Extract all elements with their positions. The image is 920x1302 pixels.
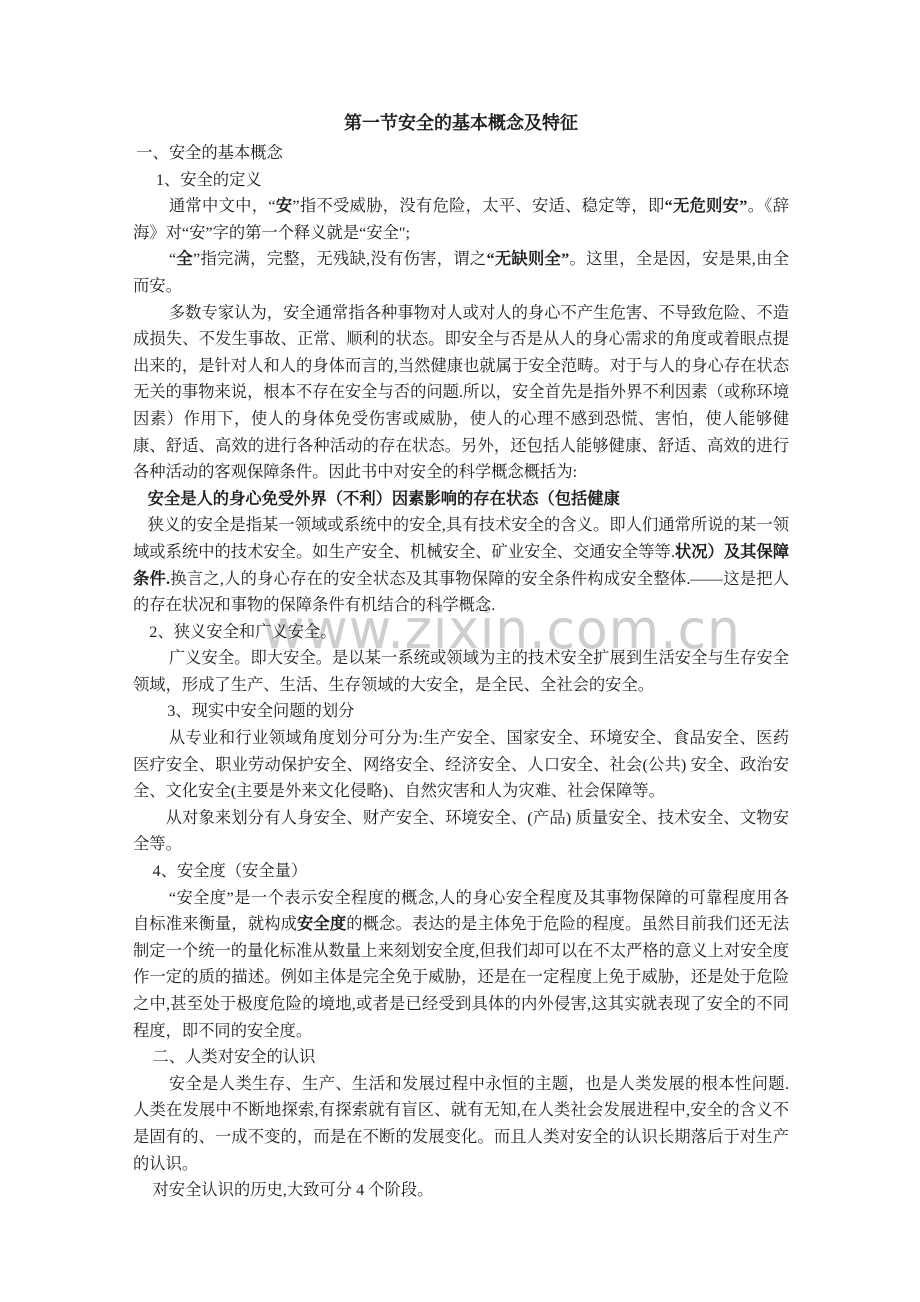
paragraph: 广义安全。即大安全。是以某一系统或领域为主的技术安全扩展到生活安全与生存安全领域…: [133, 645, 789, 698]
paragraph: 对安全认识的历史,大致可分 4 个阶段。: [133, 1177, 789, 1204]
text-run: 二、人类对安全的认识: [153, 1047, 316, 1066]
paragraph: “全”指完满，完整，无残缺,没有伤害，谓之“无缺则全”。这里，全是因，安是果,由…: [133, 246, 789, 299]
paragraph: 通常中文中，“安”指不受威胁，没有危险，太平、安适、稳定等，即“无危则安”。《辞…: [133, 193, 789, 246]
paragraph: 3、现实中安全问题的划分: [133, 698, 789, 725]
document-title: 第一节安全的基本概念及特征: [133, 109, 789, 137]
text-run: 安全是人类生存、生产、生活和发展过程中永恒的主题，也是人类发展的根本性问题.人类…: [133, 1074, 789, 1173]
text-run: ”指不受威胁，没有危险，太平、安适、稳定等，即: [292, 196, 664, 215]
paragraph: 1、安全的定义: [133, 167, 789, 194]
paragraph: 2、狭义安全和广义安全。: [133, 619, 789, 646]
text-run: 多数专家认为，安全通常指各种事物对人或对人的身心不产生危害、不导致危险、不造成损…: [133, 303, 789, 482]
paragraph: 多数专家认为，安全通常指各种事物对人或对人的身心不产生危害、不导致危险、不造成损…: [133, 300, 789, 486]
text-run: 对安全认识的历史,大致可分 4 个阶段。: [153, 1180, 434, 1199]
text-run: 4、安全度（安全量）: [153, 861, 308, 880]
text-run-bold: “无缺则全”: [486, 249, 569, 268]
text-run: “: [169, 249, 176, 268]
text-run: 一、安全的基本概念: [136, 143, 283, 162]
text-run-bold: 安全是人的身心免受外界（不利）因素影响的存在状态（包括健康: [148, 489, 620, 508]
document-page: www.zixin.com.cn 第一节安全的基本概念及特征 一、安全的基本概念…: [0, 0, 920, 1302]
text-run: 3、现实中安全问题的划分: [167, 701, 354, 720]
document-content: 第一节安全的基本概念及特征 一、安全的基本概念1、安全的定义通常中文中，“安”指…: [133, 109, 789, 1204]
paragraph: 一、安全的基本概念: [133, 140, 789, 167]
paragraph: 安全是人类生存、生产、生活和发展过程中永恒的主题，也是人类发展的根本性问题.人类…: [133, 1071, 789, 1177]
text-run: 通常中文中，“: [169, 196, 276, 215]
text-run-bold: “无危则安”: [665, 196, 748, 215]
text-run: 换言之,人的身心存在的安全状态及其事物保障的安全条件构成安全整体.——这是把人的…: [133, 569, 789, 615]
document-body: 一、安全的基本概念1、安全的定义通常中文中，“安”指不受威胁，没有危险，太平、安…: [133, 140, 789, 1204]
text-run: ”指完满，完整，无残缺,没有伤害，谓之: [193, 249, 486, 268]
text-run: 从对象来划分有人身安全、财产安全、环境安全、(产品) 质量安全、技术安全、文物安…: [133, 808, 789, 854]
text-run-bold: 安全度: [297, 914, 346, 933]
text-run-bold: 全: [176, 249, 193, 268]
text-run: 广义安全。即大安全。是以某一系统或领域为主的技术安全扩展到生活安全与生存安全领域…: [133, 648, 789, 694]
paragraph: 从对象来划分有人身安全、财产安全、环境安全、(产品) 质量安全、技术安全、文物安…: [133, 805, 789, 858]
text-run-bold: 安: [276, 196, 293, 215]
paragraph: 从专业和行业领域角度划分可分为:生产安全、国家安全、环境安全、食品安全、医药医疗…: [133, 725, 789, 805]
paragraph: 安全是人的身心免受外界（不利）因素影响的存在状态（包括健康: [133, 486, 789, 513]
paragraph: 4、安全度（安全量）: [133, 858, 789, 885]
text-run: 2、狭义安全和广义安全。: [149, 622, 336, 641]
paragraph: “安全度”是一个表示安全程度的概念,人的身心安全程度及其事物保障的可靠程度用各自…: [133, 885, 789, 1045]
paragraph: 狭义的安全是指某一领域或系统中的安全,具有技术安全的含义。即人们通常所说的某一领…: [133, 512, 789, 618]
text-run: 从专业和行业领域角度划分可分为:生产安全、国家安全、环境安全、食品安全、医药医疗…: [133, 728, 789, 800]
paragraph: 二、人类对安全的认识: [133, 1044, 789, 1071]
text-run: 1、安全的定义: [156, 170, 262, 189]
